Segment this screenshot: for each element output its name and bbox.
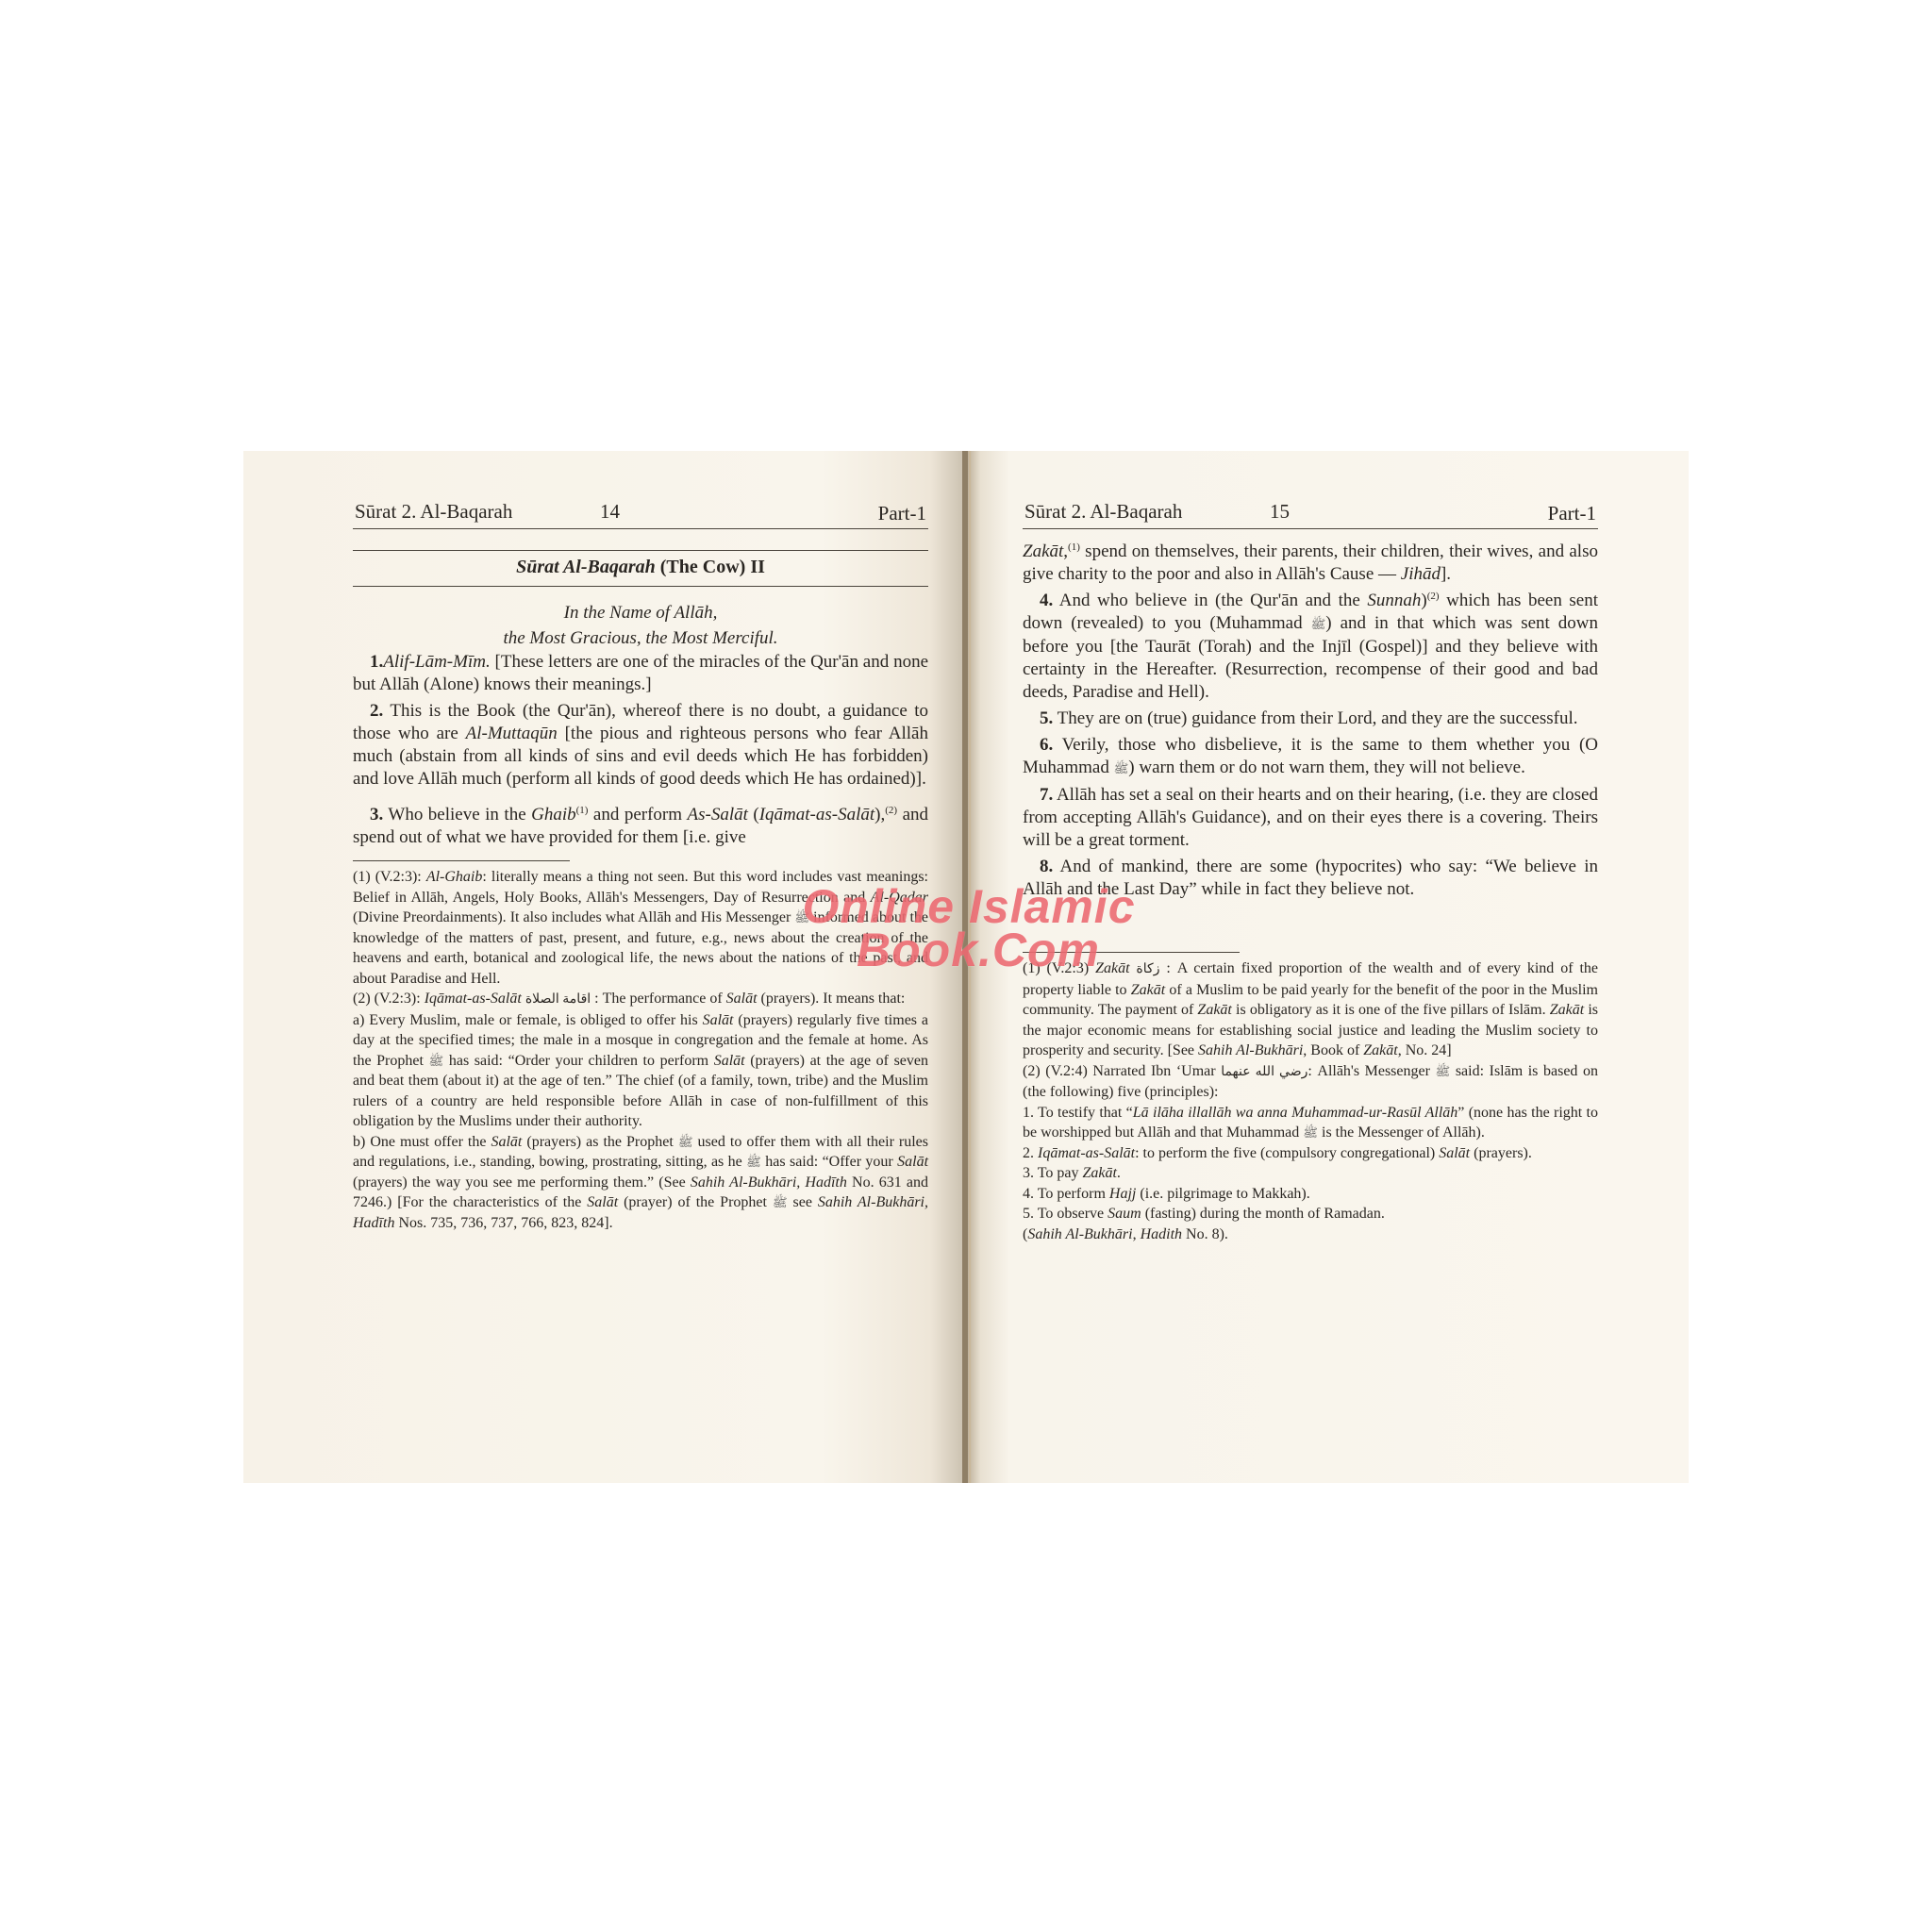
footnote-ref: (2) [885,805,897,816]
salawat-icon: ﷺ [773,1195,788,1209]
salawat-icon: ﷺ [1114,761,1129,775]
verse: 8. And of mankind, there are some (hypoc… [1023,856,1598,901]
verse: 6. Verily, those who disbelieve, it is t… [1023,734,1598,780]
basmala-line: In the Name of Allāh, [353,600,928,625]
italic-term: Iqāmat-as-Salāt [1038,1145,1135,1161]
book-spine-edge [969,451,971,1483]
book-spread: Sūrat 2. Al-Baqarah 14 Part-1 Sūrat Al-B… [243,451,1689,1483]
italic-term: Zakāt [1550,1002,1584,1018]
italic-term: Sahih Al-Bukhāri [1198,1042,1303,1058]
italic-term: Salāt [726,991,758,1007]
verse: 1.Alif-Lām-Mīm. [These letters are one o… [353,651,928,696]
salawat-icon: ﷺ [1303,1125,1318,1140]
verse-number: 6. [1040,735,1053,755]
footnote: 1. To testify that “Lā ilāha illallāh wa… [1023,1103,1598,1143]
part-label: Part-1 [1548,502,1596,525]
footnote: (2) (V.2:3): Iqāmat-as-Salāt اقامة الصلا… [353,989,928,1010]
verse: 4. And who believe in (the Qur'ān and th… [1023,590,1598,704]
verse-number: 4. [1040,591,1053,610]
italic-term: Sahih Al-Bukhāri, Hadīth [353,1194,928,1231]
verses-left: 1.Alif-Lām-Mīm. [These letters are one o… [353,651,928,849]
running-head-right: Sūrat 2. Al-Baqarah 15 Part-1 [1023,500,1598,529]
italic-term: Al-Ghaib [426,869,483,885]
footnote: a) Every Muslim, male or female, is obli… [353,1010,928,1132]
running-head-left: Sūrat 2. Al-Baqarah 14 Part-1 [353,500,928,529]
footnote: (Sahih Al-Bukhāri, Hadith No. 8). [1023,1224,1598,1245]
part-label: Part-1 [878,502,926,525]
footnote: (2) (V.2:4) Narrated Ibn ‘Umar رضي الله … [1023,1061,1598,1103]
verse: 5. They are on (true) guidance from thei… [1023,708,1598,730]
book-spine [962,451,968,1483]
verse-number: 7. [1040,785,1053,805]
italic-term: Salāt [491,1134,522,1150]
footnote-ref: (2) [1427,591,1440,602]
italic-term: Lā ilāha illallāh wa anna Muhammad-ur-Ra… [1133,1105,1458,1121]
italic-term: Al-Muttaqūn [466,724,558,743]
surah-title-italic: Sūrat Al-Baqarah [516,557,656,577]
salawat-icon: ﷺ [794,910,809,924]
verse-number: 3. [370,805,383,824]
footnote: 3. To pay Zakāt. [1023,1163,1598,1184]
footnote: (1) (V.2:3): Al-Ghaib: literally means a… [353,867,928,989]
italic-term: Salāt [897,1154,928,1170]
basmala: In the Name of Allāh, the Most Gracious,… [353,600,928,651]
footnote: 5. To observe Saum (fasting) during the … [1023,1204,1598,1224]
italic-term: Zakāt [1197,1002,1231,1018]
salawat-icon: ﷺ [1436,1064,1451,1078]
arabic-text: اقامة الصلاة [525,992,591,1007]
italic-term: Sunnah [1367,591,1421,610]
italic-term: Alif-Lām-Mīm. [383,652,490,672]
italic-term: As-Salāt [688,805,748,824]
italic-term: Zakāt [1095,960,1129,976]
surah-title-rest: (The Cow) II [656,557,765,577]
left-page: Sūrat 2. Al-Baqarah 14 Part-1 Sūrat Al-B… [243,451,966,1483]
footnote-divider [1023,952,1240,953]
running-head-title: Sūrat 2. Al-Baqarah [355,500,512,524]
footnote: 2. Iqāmat-as-Salāt: to perform the five … [1023,1143,1598,1164]
italic-term: Zakāt [1363,1042,1397,1058]
italic-term: Iqāmat-as-Salāt [759,805,874,824]
verse-number: 5. [1040,708,1053,728]
italic-term: Jihād [1401,564,1441,584]
verse: 7. Allāh has set a seal on their hearts … [1023,784,1598,852]
italic-term: Salāt [714,1053,745,1069]
italic-term: Hadith [1141,1226,1182,1242]
italic-term: Saum [1108,1206,1141,1222]
italic-term: Al-Qadar [871,890,928,906]
salawat-icon: ﷺ [1311,617,1326,631]
italic-term: Zakāt [1082,1165,1116,1181]
running-head-title: Sūrat 2. Al-Baqarah [1024,500,1182,524]
italic-term: Hajj [1109,1186,1136,1202]
salawat-icon: ﷺ [746,1155,761,1169]
footnote: (1) (V.2:3) Zakāt زكاة : A certain fixed… [1023,958,1598,1061]
verse-number: 8. [1040,857,1053,876]
verse-number: 2. [370,701,383,721]
italic-term: Sahih Al-Bukhāri [1027,1226,1132,1242]
italic-term: Salāt [703,1012,734,1028]
right-page: Sūrat 2. Al-Baqarah 15 Part-1 Zakāt,(1) … [966,451,1689,1483]
surah-title: Sūrat Al-Baqarah (The Cow) II [353,550,928,587]
italic-term: Salāt [587,1194,618,1210]
salawat-icon: ﷺ [429,1054,444,1068]
italic-term: Zakāt [1131,982,1165,998]
basmala-line: the Most Gracious, the Most Merciful. [353,625,928,651]
verses-right: Zakāt,(1) spend on themselves, their par… [1023,541,1598,901]
arabic-text: زكاة [1136,962,1159,976]
footnote: 4. To perform Hajj (i.e. pilgrimage to M… [1023,1184,1598,1205]
footnotes-left: (1) (V.2:3): Al-Ghaib: literally means a… [353,867,928,1233]
italic-term: Sahih Al-Bukhāri, Hadīth [691,1174,847,1191]
page-number: 14 [600,500,620,524]
arabic-text: رضي الله عنهما [1221,1065,1307,1079]
verse-number: 1. [370,652,383,672]
italic-term: Salāt [1439,1145,1470,1161]
italic-term: Iqāmat-as-Salāt [425,991,522,1007]
footnote-ref: (1) [1068,541,1080,553]
italic-term: Zakāt [1023,541,1063,561]
verse: Zakāt,(1) spend on themselves, their par… [1023,541,1598,586]
italic-term: Ghaib [531,805,576,824]
verse: 2. This is the Book (the Qur'ān), whereo… [353,700,928,791]
salawat-icon: ﷺ [678,1135,693,1149]
footnotes-right: (1) (V.2:3) Zakāt زكاة : A certain fixed… [1023,958,1598,1244]
page-number: 15 [1270,500,1290,524]
verse: 3. Who believe in the Ghaib(1) and perfo… [353,804,928,849]
footnote: b) One must offer the Salāt (prayers) as… [353,1132,928,1234]
footnote-ref: (1) [576,805,589,816]
footnote-divider [353,860,570,861]
